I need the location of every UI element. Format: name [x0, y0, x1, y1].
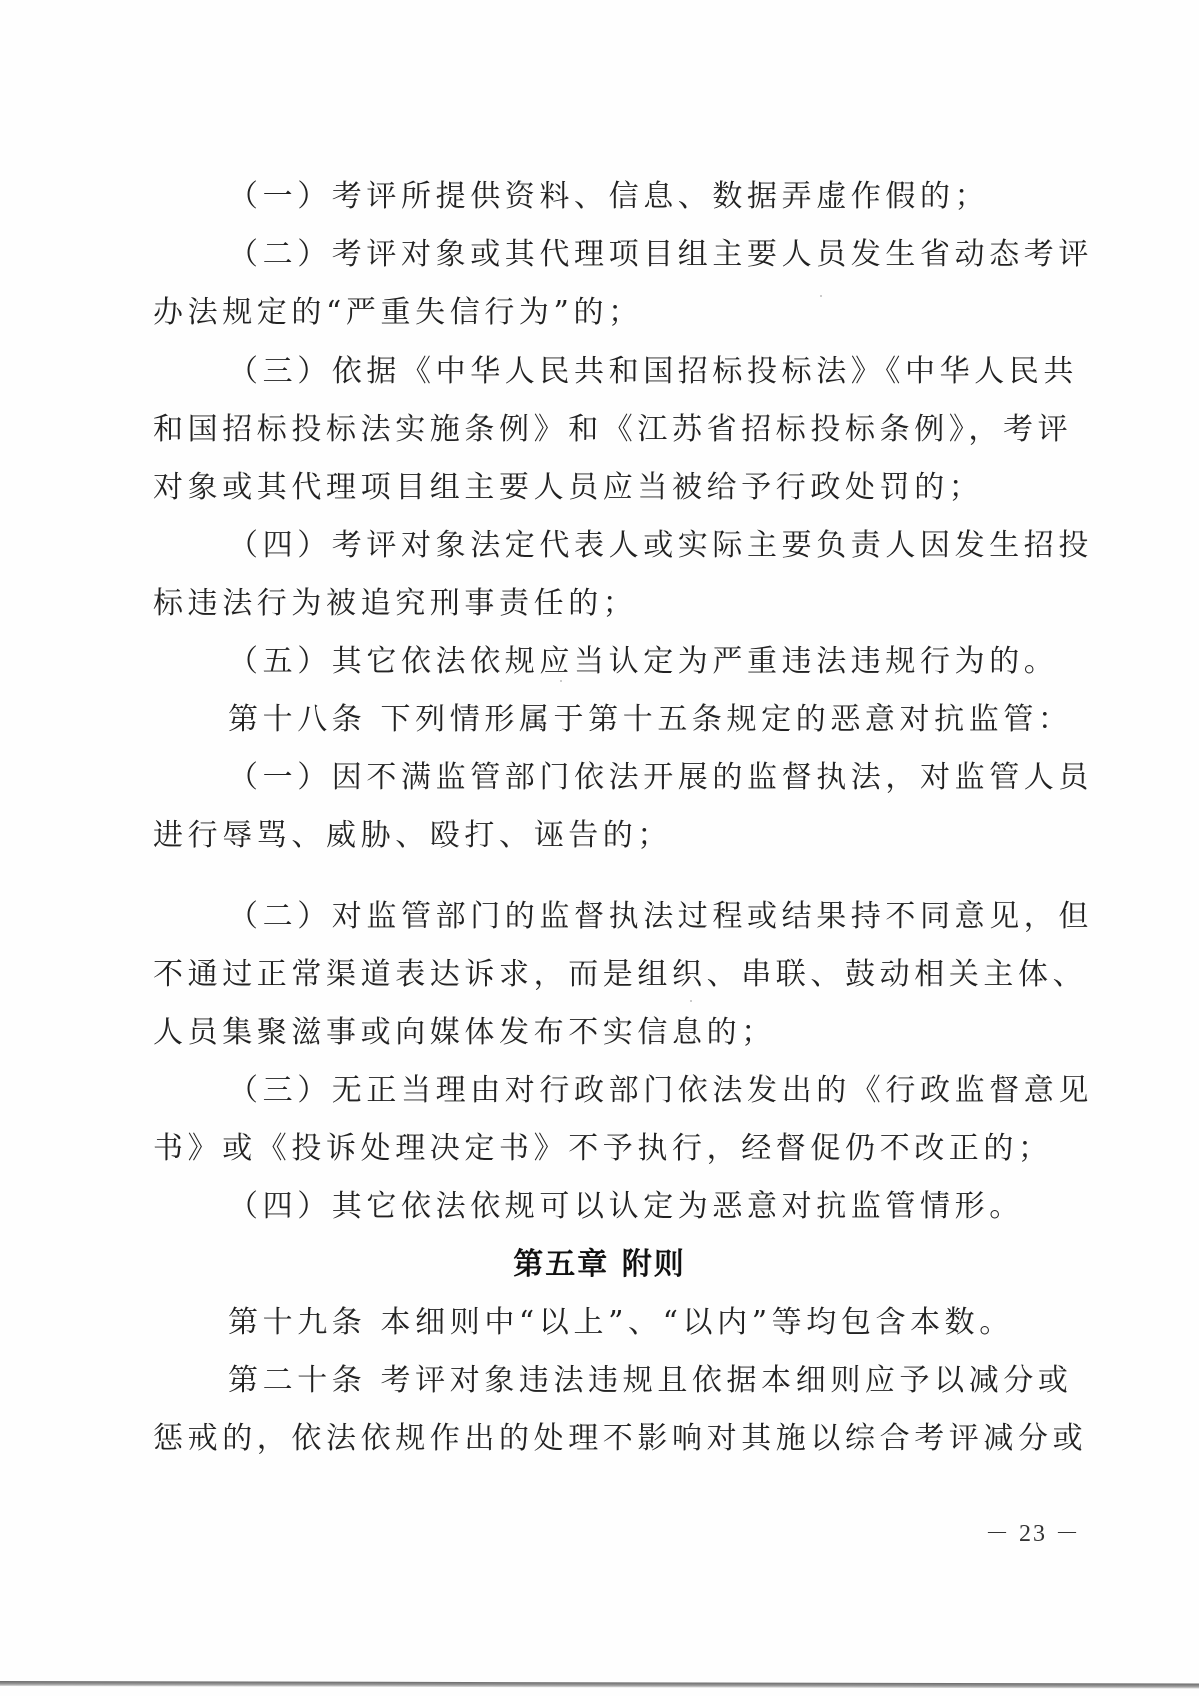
article-20: 第二十条 考评对象违法违规且依据本细则应予以减分或	[228, 1364, 1073, 1398]
paragraph-line: 进行辱骂、威胁、殴打、诬告的；	[153, 819, 672, 853]
scan-speck	[690, 1000, 692, 1002]
paragraph-line: 标违法行为被追究刑事责任的；	[153, 587, 637, 621]
paragraph-line: 人员集聚滋事或向媒体发布不实信息的；	[153, 1016, 776, 1050]
paragraph-line: 惩戒的，依法依规作出的处理不影响对其施以综合考评减分或	[153, 1422, 1087, 1456]
paragraph-line: 和国招标投标法实施条例》和《江苏省招标投标条例》，考评	[153, 413, 1072, 447]
paragraph-line: （一）因不满监管部门依法开展的监督执法，对监管人员	[228, 761, 1093, 795]
page-number: － 23 －	[985, 1520, 1081, 1548]
scan-edge-divider	[0, 1681, 1199, 1689]
paragraph-line: 不通过正常渠道表达诉求，而是组织、串联、鼓动相关主体、	[153, 958, 1087, 992]
paragraph-line: （二）考评对象或其代理项目组主要人员发生省动态考评	[228, 238, 1093, 272]
paragraph-line: （一）考评所提供资料、信息、数据弄虚作假的；	[228, 180, 989, 214]
paragraph-line: 办法规定的“严重失信行为”的；	[153, 296, 643, 330]
chapter-heading: 第五章 附则	[0, 1248, 1199, 1282]
document-page: （一）考评所提供资料、信息、数据弄虚作假的； （二）考评对象或其代理项目组主要人…	[0, 0, 1199, 1696]
paragraph-line: 对象或其代理项目组主要人员应当被给予行政处罚的；	[153, 471, 983, 505]
article-19: 第十九条 本细则中“以上”、“以内”等均包含本数。	[228, 1306, 1014, 1340]
paragraph-line: （三）无正当理由对行政部门依法发出的《行政监督意见	[228, 1074, 1093, 1108]
paragraph-line: （五）其它依法依规应当认定为严重违法违规行为的。	[228, 645, 1058, 679]
scan-speck	[560, 680, 562, 682]
scan-speck	[1030, 1082, 1032, 1084]
article-18-heading: 第十八条 下列情形属于第十五条规定的恶意对抗监管：	[228, 703, 1073, 737]
paragraph-line: 书》或《投诉处理决定书》不予执行，经督促仍不改正的；	[153, 1132, 1053, 1166]
paragraph-line: （四）考评对象法定代表人或实际主要负责人因发生招投	[228, 529, 1093, 563]
paragraph-line: （四）其它依法依规可以认定为恶意对抗监管情形。	[228, 1190, 1024, 1224]
scan-speck	[820, 295, 822, 297]
paragraph-line: （三）依据《中华人民共和国招标投标法》《中华人民共	[228, 355, 1078, 389]
paragraph-line: （二）对监管部门的监督执法过程或结果持不同意见，但	[228, 900, 1093, 934]
